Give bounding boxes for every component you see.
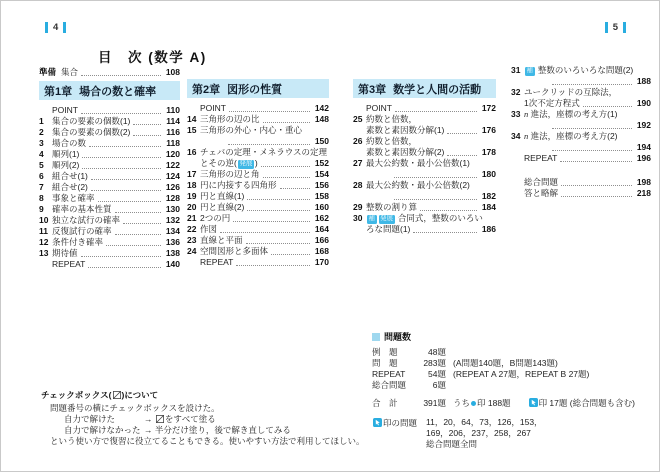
checkbox-note-case-label: 自力で解けた [64, 414, 144, 425]
toc-item-number: 14 [187, 114, 200, 125]
chapter-1-items: POINT 110 1 集合の要素の個数(1) 114 2 集合の要素の個数(2… [39, 105, 180, 270]
toc-item-number: 27 [353, 158, 366, 169]
stats-note: うち印 188題 印 17題 (総合問題も含む) [453, 398, 635, 409]
checkbox-note-line: 問題番号の横にチェックボックスを設けた。 [41, 403, 356, 414]
toc-item-number: 29 [353, 202, 366, 213]
supplement-badge: 補 [367, 215, 377, 224]
toc-item-number: 7 [39, 182, 52, 193]
dot-leader [552, 150, 632, 151]
checkbox-note-text: という使い方で復習に役立てることもできる。使いやすい方法で利用してほしい。 [50, 436, 365, 447]
page-marker-bar [623, 22, 626, 33]
chapter-number: 第1章 [44, 83, 72, 99]
toc-item-page: 218 [635, 188, 651, 199]
toc-item-page: 132 [164, 215, 180, 226]
dot-leader [420, 210, 477, 211]
textbook-toc-page: 4 5 目 次 (数学 A) 準備 集合 108 第1章 場合の数と確率 POI… [0, 0, 660, 472]
toc-item-label: 組合せ(2) [52, 182, 88, 193]
toc-item-page: 134 [164, 226, 180, 237]
stats-note: (A問題140題，B問題143題) [453, 358, 558, 369]
toc-item-label: 場合の数 [52, 138, 86, 149]
dot-leader [98, 201, 161, 202]
dot-leader [236, 265, 310, 266]
toc-item-label: 期待値 [52, 248, 78, 259]
digital-problems-line: 169，206，237，258，267 [426, 428, 543, 439]
toc-item-label: 集合 [61, 67, 78, 78]
toc-item-number: 25 [353, 114, 366, 125]
page-marker-bar [605, 22, 608, 33]
dot-leader [220, 232, 310, 233]
toc-item: 26 約数と倍数， [353, 136, 496, 147]
toc-item: 3 場合の数 118 [39, 138, 180, 149]
dot-leader [229, 111, 310, 112]
toc-item-page: 184 [480, 202, 496, 213]
toc-item-number: 16 [187, 147, 200, 158]
toc-item: 11 反復試行の確率 134 [39, 226, 180, 237]
toc-item-number: 6 [39, 171, 52, 182]
toc-item: 14 三角形の辺の比 148 [187, 114, 329, 125]
advanced-badge: 発展 [379, 215, 395, 224]
dot-leader [395, 111, 477, 112]
dot-leader [413, 232, 477, 233]
toc-item: とその逆(発展) 152 [187, 158, 329, 169]
toc-item-label: 円と直線(2) [200, 202, 244, 213]
dot-leader [82, 168, 161, 169]
toc-item-label: 補 整数のいろいろな問題(2) [524, 65, 633, 76]
dot-leader [247, 199, 310, 200]
toc-item-label: REPEAT [524, 153, 557, 164]
chapter-title: 数学と人間の活動 [393, 81, 481, 97]
checkbox-note-text: → 半分だけ塗り，後で解き直してみる [144, 425, 291, 436]
chapter-2-items: POINT 142 14 三角形の辺の比 148 15 三角形の外心・内心・重心 [187, 103, 329, 268]
toc-item: POINT 172 [353, 103, 496, 114]
page-marker-bar [63, 22, 66, 33]
toc-item-page: 110 [164, 105, 180, 116]
dot-leader [115, 234, 161, 235]
toc-item: 13 期待値 138 [39, 248, 180, 259]
checkbox-note-line: 自力で解けなかった → 半分だけ塗り，後で解き直してみる [41, 425, 356, 436]
page-number-text: 5 [613, 22, 618, 33]
toc-item: 27 最大公約数・最小公倍数(1) [353, 158, 496, 169]
problem-count-section: 問題数 例 題 48題 問 題 283題 (A問題140題，B問題143題) R… [372, 330, 651, 450]
toc-item-number: 32 [511, 87, 524, 98]
checkbox-note-text: → をすべて塗る [144, 414, 216, 425]
toc-item-number: 31 [511, 65, 524, 76]
dot-leader [115, 212, 161, 213]
toc-column-4: 31 補 整数のいろいろな問題(2) 188 32 ユークリッドの互除法， [511, 65, 651, 199]
toc-item-page: 198 [635, 177, 651, 188]
toc-item-label: 総合問題 [524, 177, 558, 188]
toc-item-page: 194 [635, 142, 651, 153]
stats-note: (REPEAT A 27題，REPEAT B 27題) [453, 369, 589, 380]
toc-item: 25 約数と倍数， [353, 114, 496, 125]
toc-item-label: REPEAT [52, 259, 85, 270]
stats-label: 合 計 [372, 398, 416, 409]
toc-item: 182 [353, 191, 496, 202]
toc-item: POINT 142 [187, 103, 329, 114]
toc-item-number: 13 [39, 248, 52, 259]
toc-item-label: チェバの定理・メネラウスの定理 [200, 147, 327, 158]
toc-item-label: REPEAT [200, 257, 233, 268]
stats-row: 総合問題 6題 [372, 380, 651, 391]
toc-item-number: 28 [353, 180, 366, 191]
toc-item-label: 条件付き確率 [52, 237, 103, 248]
toc-item-label: 作図 [200, 224, 217, 235]
toc-column-2: 第2章 図形の性質 POINT 142 14 三角形の辺の比 148 15 三角… [187, 79, 329, 268]
chapter-number: 第3章 [358, 81, 386, 97]
section-bullet-icon [372, 333, 380, 341]
dot-leader [552, 84, 632, 85]
dot-leader [91, 190, 161, 191]
chapter-title: 図形の性質 [227, 81, 282, 97]
toc-item-page: 138 [164, 248, 180, 259]
toc-item: 4 順列(1) 120 [39, 149, 180, 160]
dot-leader [561, 185, 632, 186]
supplement-badge: 補 [525, 67, 535, 76]
toc-item: 6 組合せ(1) 124 [39, 171, 180, 182]
toc-item-label: 整数の割り算 [366, 202, 417, 213]
dot-leader [228, 144, 310, 145]
stats-label: 総合問題 [372, 380, 416, 391]
chapter-3-items-continued: 31 補 整数のいろいろな問題(2) 188 32 ユークリッドの互除法， [511, 65, 651, 164]
toc-item-label: 約数と倍数， [366, 136, 417, 147]
page-marker-bar [45, 22, 48, 33]
toc-item-number: 15 [187, 125, 200, 136]
toc-item-label: 事象と確率 [52, 193, 95, 204]
italic-variable: n [524, 109, 528, 119]
toc-item-page: 148 [313, 114, 329, 125]
toc-item-number: 1 [39, 116, 52, 127]
toc-item: 188 [511, 76, 651, 87]
stats-count: 6題 [416, 380, 446, 391]
stats-count: 54題 [416, 369, 446, 380]
dot-leader [271, 254, 310, 255]
toc-item-page: 188 [635, 76, 651, 87]
toc-item: 答と略解 218 [511, 188, 651, 199]
toc-item-number: 34 [511, 131, 524, 142]
toc-item-page: 158 [313, 191, 329, 202]
stats-row: REPEAT 54題 (REPEAT A 27題，REPEAT B 27題) [372, 369, 651, 380]
left-page-number: 4 [45, 22, 66, 33]
toc-item: 19 円と直線(1) 158 [187, 191, 329, 202]
toc-item-page: 192 [635, 120, 651, 131]
toc-item-page: 114 [164, 116, 180, 127]
toc-item: 1次不定方程式 190 [511, 98, 651, 109]
toc-item-page: 160 [313, 202, 329, 213]
toc-item-number: 10 [39, 215, 52, 226]
checkbox-note-lines: 問題番号の横にチェックボックスを設けた。 自力で解けた → をすべて塗る 自力で… [41, 403, 356, 447]
stats-label: REPEAT [372, 369, 416, 380]
toc-item: 24 空間図形と多面体 168 [187, 246, 329, 257]
dot-mark-icon [471, 401, 476, 406]
toc-item: POINT 110 [39, 105, 180, 116]
digital-problems-line: 11，20，64，73，126，153， [426, 417, 543, 428]
toc-item: 20 円と直線(2) 160 [187, 202, 329, 213]
page-number-text: 4 [53, 22, 58, 33]
toc-item-number: 24 [187, 246, 200, 257]
toc-item-page: 180 [480, 169, 496, 180]
digital-problems-line: 総合問題全問 [426, 439, 543, 450]
toc-item: 180 [353, 169, 496, 180]
toc-item: 194 [511, 142, 651, 153]
checkbox-icon [156, 415, 164, 423]
toc-item-page: 136 [164, 237, 180, 248]
toc-item-page: 126 [164, 182, 180, 193]
toc-item-page: 122 [164, 160, 180, 171]
toc-page-title: 目 次 (数学 A) [98, 46, 207, 66]
digital-problems-row: 印の問題 11，20，64，73，126，153，169，206，237，258… [372, 417, 651, 450]
toc-item-label: 組合せ(1) [52, 171, 88, 182]
advanced-badge: 発展 [238, 160, 254, 169]
toc-item-page: 118 [164, 138, 180, 149]
toc-item: 7 組合せ(2) 126 [39, 182, 180, 193]
toc-item-label: 素数と素因数分解(1) [366, 125, 444, 136]
toc-item: 34 n 進法，座標の考え方(2) [511, 131, 651, 142]
toc-item: 150 [187, 136, 329, 147]
dot-leader [246, 243, 310, 244]
toc-item-number: 19 [187, 191, 200, 202]
toc-item-number: 20 [187, 202, 200, 213]
problem-count-rows: 例 題 48題 問 題 283題 (A問題140題，B問題143題) REPEA… [372, 347, 651, 391]
toc-item: 素数と素因数分解(2) 178 [353, 147, 496, 158]
toc-item-number: 18 [187, 180, 200, 191]
toc-item-label: POINT [366, 103, 392, 114]
problem-count-header: 問題数 [372, 330, 651, 343]
toc-item-page: 168 [313, 246, 329, 257]
toc-item-page: 182 [480, 191, 496, 202]
checkbox-note-line: という使い方で復習に役立てることもできる。使いやすい方法で利用してほしい。 [41, 436, 356, 447]
toc-item-number: 準備 [39, 67, 56, 78]
toc-item: 29 整数の割り算 184 [353, 202, 496, 213]
toc-item-number: 21 [187, 213, 200, 224]
toc-item-number: 2 [39, 127, 52, 138]
toc-item-page: 140 [164, 259, 180, 270]
toc-item-page: 152 [313, 158, 329, 169]
toc-item: 8 事象と確率 128 [39, 193, 180, 204]
stats-row: 問 題 283題 (A問題140題，B問題143題) [372, 358, 651, 369]
toc-item-page: 128 [164, 193, 180, 204]
toc-item: ろな問題(1) 186 [353, 224, 496, 235]
toc-item: 28 最大公約数・最小公倍数(2) [353, 180, 496, 191]
toc-item: 17 三角形の辺と角 154 [187, 169, 329, 180]
toc-item-page: 108 [164, 67, 180, 78]
toc-item-label: 補発展 合同式，整数のいろい [366, 213, 483, 224]
chapter-title: 場合の数と確率 [79, 83, 156, 99]
toc-item-label: 順列(2) [52, 160, 79, 171]
toc-item-page: 170 [313, 257, 329, 268]
toc-item-label: とその逆(発展) [200, 158, 258, 169]
dot-leader [583, 106, 632, 107]
toc-item-page: 166 [313, 235, 329, 246]
toc-item-label: 集合の要素の個数(1) [52, 116, 130, 127]
toc-item: 18 円に内接する四角形 156 [187, 180, 329, 191]
dot-leader [280, 188, 310, 189]
toc-item: REPEAT 140 [39, 259, 180, 270]
toc-item-label: 集合の要素の個数(2) [52, 127, 130, 138]
toc-item-number: 9 [39, 204, 52, 215]
toc-item-label: POINT [200, 103, 226, 114]
toc-item: 16 チェバの定理・メネラウスの定理 [187, 147, 329, 158]
toc-item-label: n 進法，座標の考え方(1) [524, 109, 618, 120]
toc-item-page: 164 [313, 224, 329, 235]
toc-item-label: n 進法，座標の考え方(2) [524, 131, 618, 142]
toc-item-label: 三角形の外心・内心・重心 [200, 125, 302, 136]
toc-item: REPEAT 196 [511, 153, 651, 164]
backmatter-items: 総合問題 198 答と略解 218 [511, 177, 651, 199]
toc-item-label: ユークリッドの互除法， [524, 87, 617, 98]
chapter-3-heading: 第3章 数学と人間の活動 [353, 79, 496, 98]
toc-item-page: 130 [164, 204, 180, 215]
toc-item-number: 33 [511, 109, 524, 120]
stats-count: 48題 [416, 347, 446, 358]
dot-leader [552, 128, 632, 129]
dot-leader [263, 122, 310, 123]
digital-problems-label: 印の問題 [372, 417, 426, 450]
digital-content-icon [373, 418, 382, 427]
stats-label: 問 題 [372, 358, 416, 369]
chapter-2-heading: 第2章 図形の性質 [187, 79, 329, 98]
toc-item-number: 11 [39, 226, 52, 237]
toc-item-page: 176 [480, 125, 496, 136]
toc-item-label: 空間図形と多面体 [200, 246, 268, 257]
checkbox-note-case-label: 自力で解けなかった [64, 425, 144, 436]
toc-item-page: 156 [313, 180, 329, 191]
dot-leader [447, 133, 477, 134]
italic-variable: n [524, 131, 528, 141]
toc-item-label: 円と直線(1) [200, 191, 244, 202]
checkbox-icon [113, 391, 121, 399]
toc-item: 15 三角形の外心・内心・重心 [187, 125, 329, 136]
toc-item: 21 2つの円 162 [187, 213, 329, 224]
dot-leader [261, 166, 310, 167]
dot-leader [447, 155, 477, 156]
column-spacer [511, 164, 651, 177]
digital-content-icon [529, 398, 538, 407]
toc-item-label: 最大公約数・最小公倍数(1) [366, 158, 470, 169]
toc-item: REPEAT 170 [187, 257, 329, 268]
toc-item: 2 集合の要素の個数(2) 116 [39, 127, 180, 138]
toc-item: 1 集合の要素の個数(1) 114 [39, 116, 180, 127]
dot-leader [394, 199, 477, 200]
toc-item-number: 4 [39, 149, 52, 160]
chapter-1-heading: 第1章 場合の数と確率 [39, 81, 180, 100]
toc-item-number: 23 [187, 235, 200, 246]
stats-count: 283題 [416, 358, 446, 369]
dot-leader [81, 75, 161, 76]
checkbox-note-title: チェックボックス()について [41, 389, 356, 401]
chapter-3-items: POINT 172 25 約数と倍数， 素数と素因数分解(1) 176 26 約… [353, 103, 496, 235]
toc-item-label: 順列(1) [52, 149, 79, 160]
toc-prep-item: 準備 集合 108 [39, 67, 180, 78]
checkbox-note-section: チェックボックス()について 問題番号の横にチェックボックスを設けた。 自力で解… [41, 389, 356, 447]
dot-leader [394, 177, 477, 178]
stats-row: 例 題 48題 [372, 347, 651, 358]
toc-item: 30 補発展 合同式，整数のいろい [353, 213, 496, 224]
toc-item-label: 円に内接する四角形 [200, 180, 277, 191]
toc-item-page: 190 [635, 98, 651, 109]
dot-leader [91, 179, 161, 180]
toc-item-label: 直線と平面 [200, 235, 243, 246]
checkbox-note-text: 問題番号の横にチェックボックスを設けた。 [50, 403, 220, 414]
toc-item-label: 反復試行の確率 [52, 226, 112, 237]
toc-item: 総合問題 198 [511, 177, 651, 188]
toc-item-label: 独立な試行の確率 [52, 215, 120, 226]
toc-item: 32 ユークリッドの互除法， [511, 87, 651, 98]
dot-leader [89, 146, 161, 147]
toc-item: 素数と素因数分解(1) 176 [353, 125, 496, 136]
toc-item-label: 確率の基本性質 [52, 204, 112, 215]
toc-item-page: 186 [480, 224, 496, 235]
toc-column-1: 準備 集合 108 第1章 場合の数と確率 POINT 110 1 集合の要素の… [39, 67, 180, 270]
dot-leader [233, 221, 310, 222]
dot-leader [133, 135, 161, 136]
toc-item-label: ろな問題(1) [366, 224, 410, 235]
problem-count-title: 問題数 [384, 330, 411, 343]
toc-column-3: 第3章 数学と人間の活動 POINT 172 25 約数と倍数， 素数と素因数分… [353, 79, 496, 235]
toc-item-page: 116 [164, 127, 180, 138]
toc-item-label: 三角形の辺の比 [200, 114, 260, 125]
dot-leader [106, 245, 161, 246]
toc-item-page: 196 [635, 153, 651, 164]
toc-item-page: 124 [164, 171, 180, 182]
toc-item-label: 答と略解 [524, 188, 558, 199]
digital-problems-numbers: 11，20，64，73，126，153，169，206，237，258，267総… [426, 417, 543, 450]
toc-item-label: 三角形の辺と角 [200, 169, 260, 180]
toc-item-number: 12 [39, 237, 52, 248]
toc-item: 9 確率の基本性質 130 [39, 204, 180, 215]
right-page-number: 5 [605, 22, 626, 33]
toc-item-number: 30 [353, 213, 366, 224]
toc-item: 5 順列(2) 122 [39, 160, 180, 171]
toc-item: 31 補 整数のいろいろな問題(2) [511, 65, 651, 76]
toc-item: 33 n 進法，座標の考え方(1) [511, 109, 651, 120]
toc-item-label: 素数と素因数分解(2) [366, 147, 444, 158]
dot-leader [81, 113, 161, 114]
toc-item-page: 120 [164, 149, 180, 160]
toc-item: 22 作図 164 [187, 224, 329, 235]
stats-count: 391題 [416, 398, 446, 409]
dot-leader [247, 210, 310, 211]
toc-item-number: 3 [39, 138, 52, 149]
toc-item-page: 154 [313, 169, 329, 180]
toc-item-label: 2つの円 [200, 213, 230, 224]
stats-label: 例 題 [372, 347, 416, 358]
chapter-number: 第2章 [192, 81, 220, 97]
dot-leader [560, 161, 632, 162]
toc-item-number: 22 [187, 224, 200, 235]
toc-item-label: POINT [52, 105, 78, 116]
toc-item: 12 条件付き確率 136 [39, 237, 180, 248]
dot-leader [133, 124, 161, 125]
dot-leader [123, 223, 161, 224]
toc-item: 23 直線と平面 166 [187, 235, 329, 246]
toc-item-page: 150 [313, 136, 329, 147]
dot-leader [81, 256, 161, 257]
toc-item-page: 172 [480, 103, 496, 114]
dot-leader [82, 157, 161, 158]
toc-item-page: 162 [313, 213, 329, 224]
dot-leader [263, 177, 310, 178]
stats-total-row: 合 計 391題 うち印 188題 印 17題 (総合問題も含む) [372, 398, 651, 409]
toc-item-number: 26 [353, 136, 366, 147]
toc-item-label: 最大公約数・最小公倍数(2) [366, 180, 470, 191]
checkbox-note-line: 自力で解けた → をすべて塗る [41, 414, 356, 425]
dot-leader [561, 196, 632, 197]
toc-item: 192 [511, 120, 651, 131]
toc-item-page: 178 [480, 147, 496, 158]
toc-item-number: 5 [39, 160, 52, 171]
toc-item-number: 8 [39, 193, 52, 204]
dot-leader [88, 267, 161, 268]
